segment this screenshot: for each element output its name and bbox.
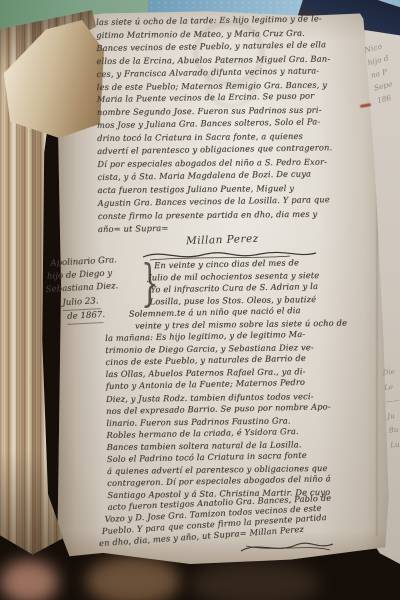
signature-millan-perez: Millan Perez <box>186 233 259 248</box>
handwritten-text-layer: las siete ú ocho de la tarde: Es hijo le… <box>0 0 400 600</box>
fragment-line: Le <box>384 379 399 395</box>
signature-rubric-icon <box>238 538 338 556</box>
facing-page-text-fragments: DieLe——JuBuLu <box>382 365 400 453</box>
fragment-line: —— <box>385 393 400 409</box>
manuscript-photo: las siete ú ocho de la tarde: Es hijo le… <box>0 0 400 600</box>
facing-page-text-fragments: Nicohijo dna PSepe186 <box>363 39 399 107</box>
entry-2-text: En veinte y cinco dias del mes deJulio d… <box>104 257 350 549</box>
red-ink-mark <box>360 103 371 107</box>
fragment-line: Die <box>382 365 397 381</box>
entry-1-text: las siete ú ocho de la tarde: Es hijo le… <box>96 14 333 235</box>
margin-note-line: de 1867. <box>67 309 104 325</box>
fragment-line: Bu <box>388 422 400 438</box>
fragment-line: Ju <box>387 408 400 424</box>
fragment-line: Lu <box>390 437 400 453</box>
